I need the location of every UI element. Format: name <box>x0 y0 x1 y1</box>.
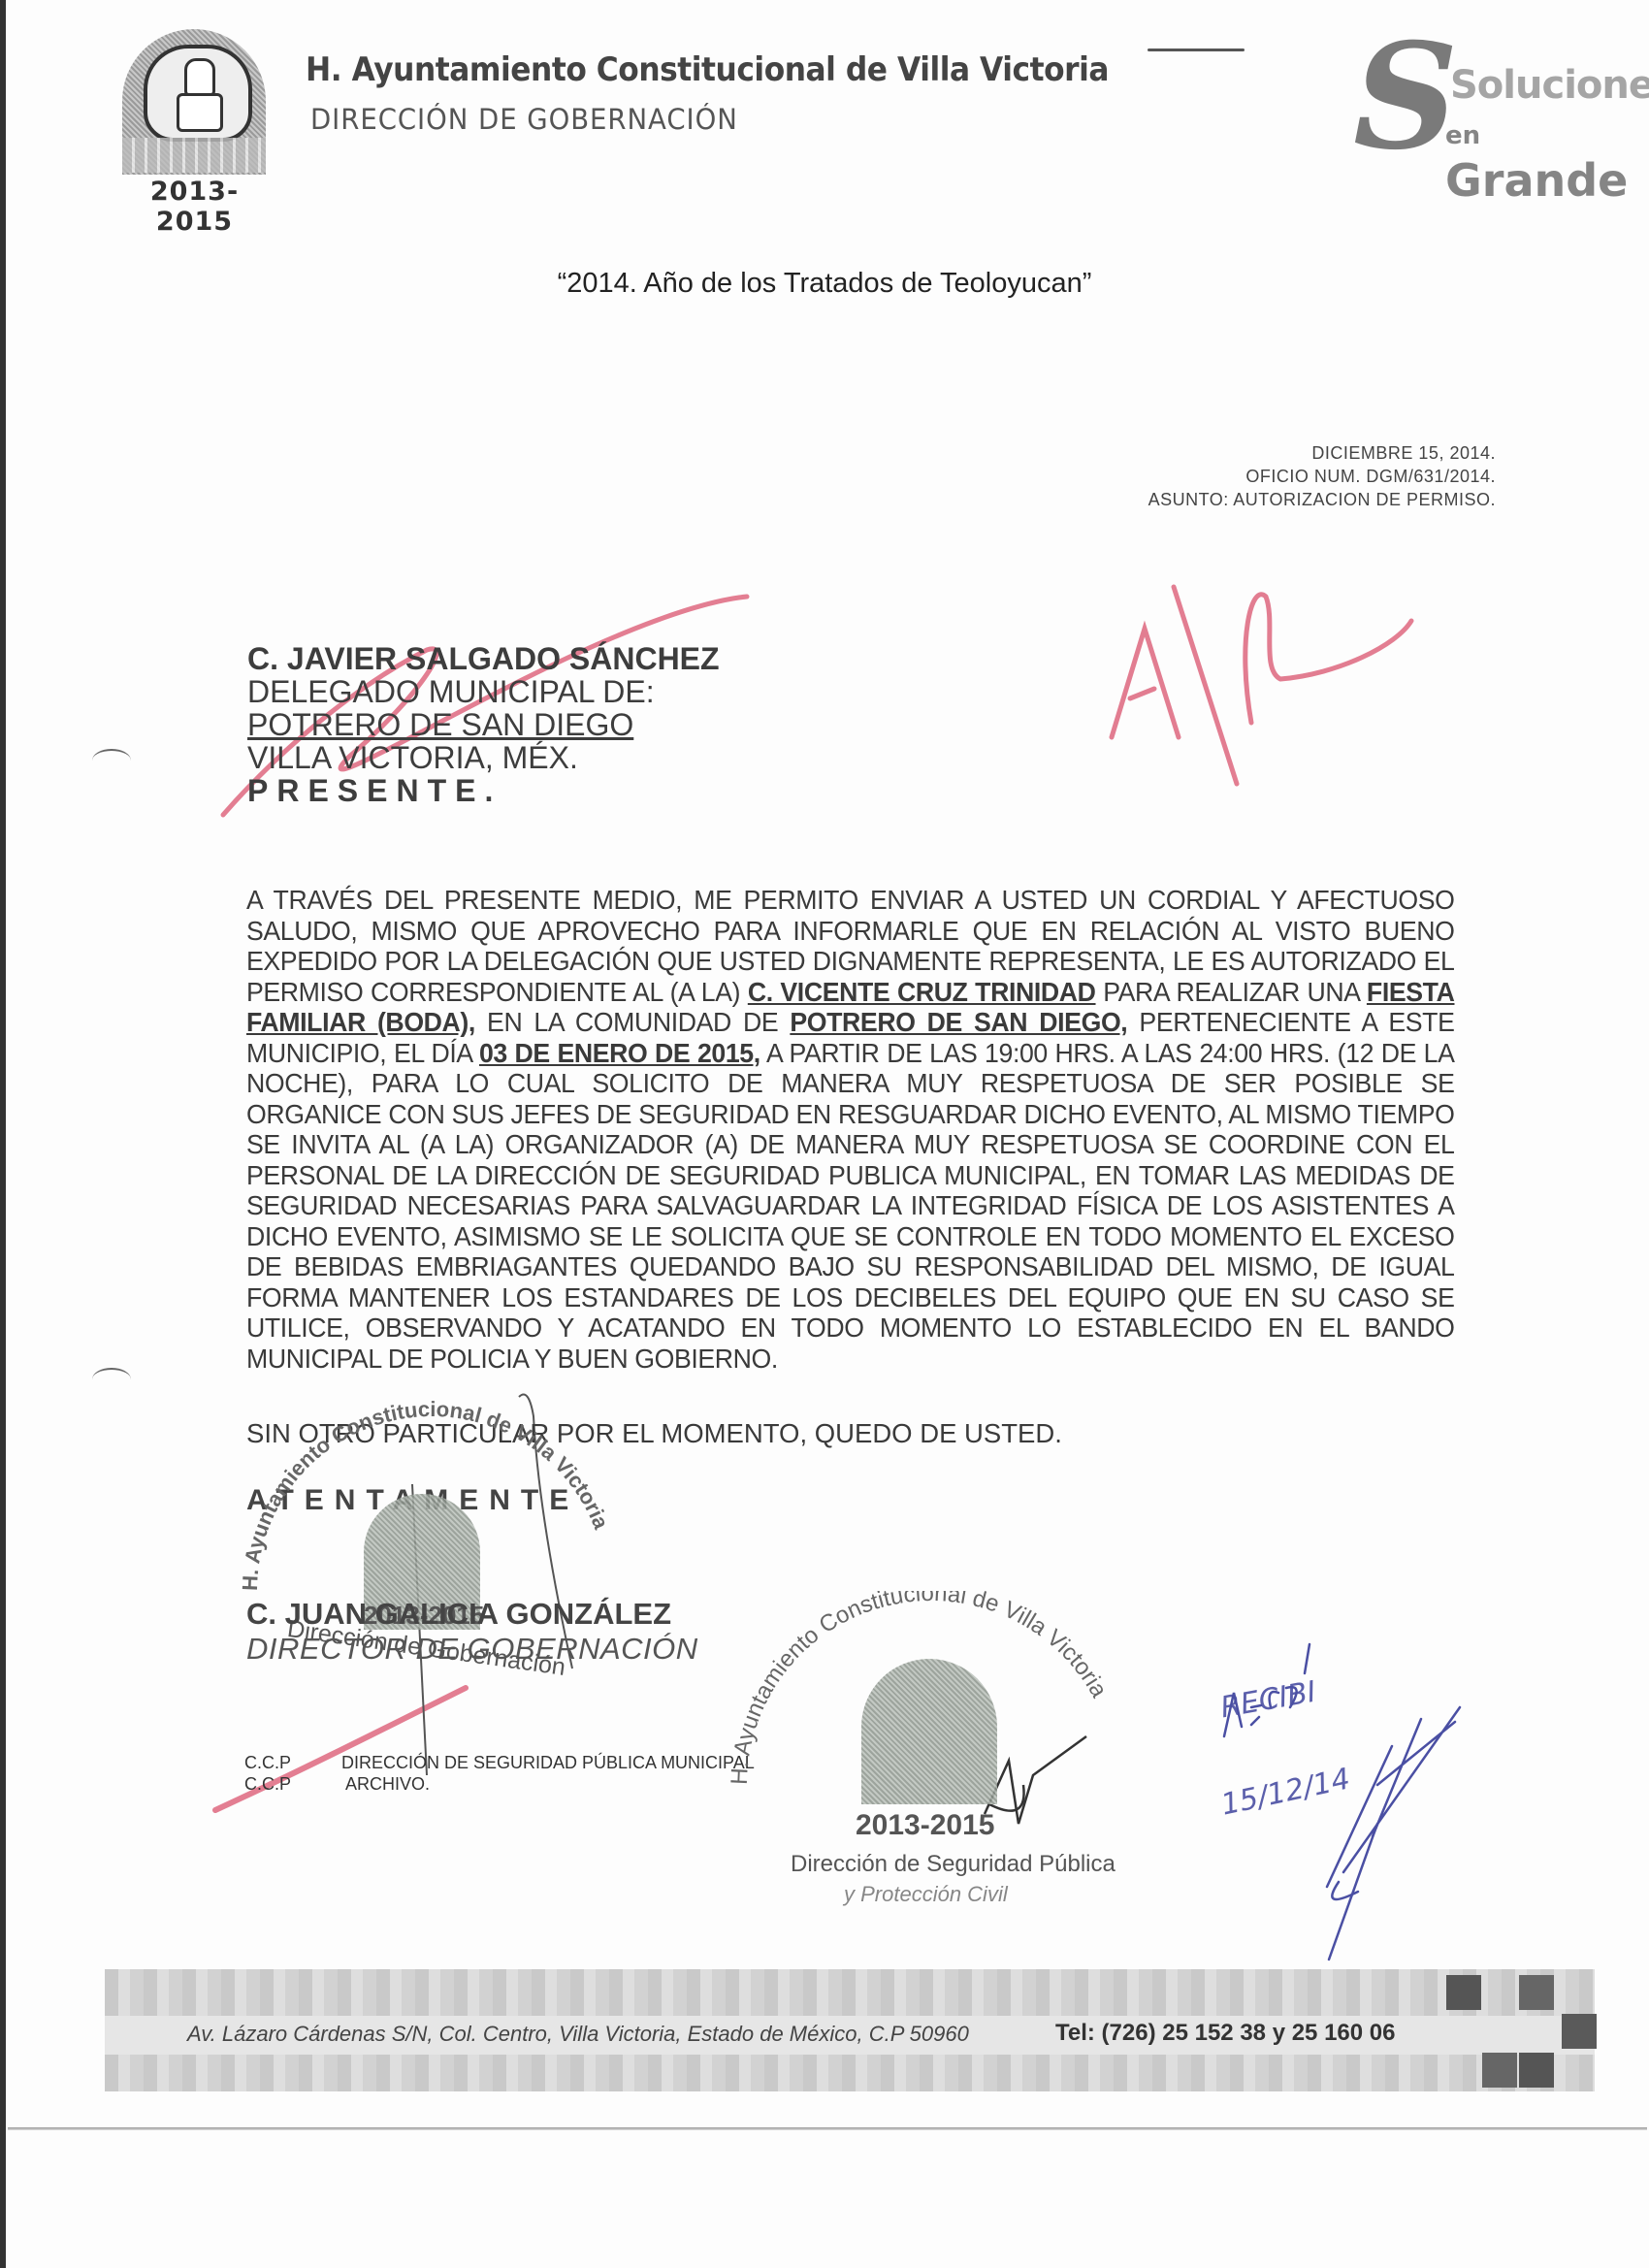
signer-name: C. JUAN GALICIA GONZÁLEZ <box>246 1597 671 1632</box>
cc-list: C.C.PDIRECCIÓN DE SEGURIDAD PÚBLICA MUNI… <box>244 1752 755 1795</box>
presente: PRESENTE. <box>247 774 720 807</box>
footer-address: Av. Lázaro Cárdenas S/N, Col. Centro, Vi… <box>187 2022 969 2047</box>
cc-item: C.C.PARCHIVO. <box>244 1773 755 1795</box>
footer-phone: Tel: (726) 25 152 38 y 25 160 06 <box>1055 2020 1395 2047</box>
cc-item: C.C.PDIRECCIÓN DE SEGURIDAD PÚBLICA MUNI… <box>244 1752 755 1773</box>
applicant-name: C. VICENTE CRUZ TRINIDAD <box>748 977 1096 1007</box>
event-date: 03 DE ENERO DE 2015, <box>479 1038 760 1068</box>
svg-text:A/R: A/R <box>1115 735 1117 738</box>
page-edge-line <box>8 2127 1647 2130</box>
addressee-name: C. JAVIER SALGADO SÁNCHEZ <box>247 642 720 675</box>
stamp-emblem-icon <box>861 1659 997 1804</box>
decor-square-icon <box>1446 1975 1481 2010</box>
addressee-block: C. JAVIER SALGADO SÁNCHEZ DELEGADO MUNIC… <box>247 642 720 807</box>
stamp-gobernacion: H. Ayuntamiento Constitucional de Villa … <box>228 1397 635 1727</box>
letterhead-footer: Av. Lázaro Cárdenas S/N, Col. Centro, Vi… <box>105 1969 1595 2091</box>
stamp-seguridad: H. Ayuntamiento Constitucional de Villa … <box>718 1591 1145 1930</box>
addressee-location: VILLA VICTORIA, MÉX. <box>247 741 720 774</box>
letter-body: A TRAVÉS DEL PRESENTE MEDIO, ME PERMITO … <box>246 885 1454 1374</box>
event-community: POTRERO DE SAN DIEGO, <box>790 1007 1127 1037</box>
signer-title: DIRECTOR DE GOBERNACIÓN <box>246 1632 698 1667</box>
punch-hole <box>92 1368 131 1391</box>
punch-hole <box>92 749 131 772</box>
addressee-community: POTRERO DE SAN DIEGO <box>247 708 720 741</box>
addressee-position: DELEGADO MUNICIPAL DE: <box>247 675 720 708</box>
